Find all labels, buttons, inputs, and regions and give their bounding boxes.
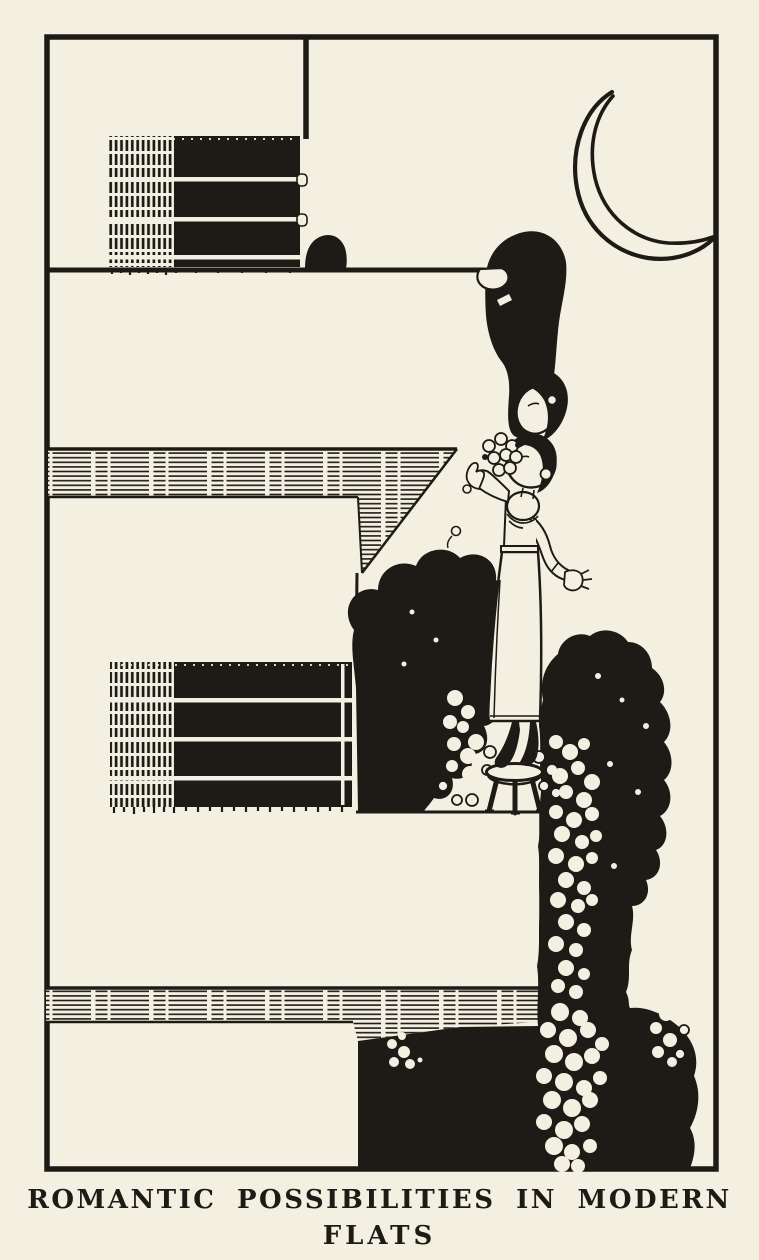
man-hand-on-parapet xyxy=(477,268,508,290)
woman-ear-curl xyxy=(541,469,552,480)
man-ear xyxy=(548,396,557,405)
illustration xyxy=(0,0,759,1260)
awning-weave-stripes xyxy=(108,136,174,267)
woman-belt xyxy=(501,546,538,552)
caption-line-1: ROMANTIC POSSIBILITIES IN MODERN xyxy=(0,1182,759,1218)
woman-open-hand xyxy=(564,570,583,590)
lower-awning xyxy=(106,662,356,814)
upper-awning xyxy=(104,136,307,275)
woman-puff-sleeve xyxy=(507,492,539,520)
illustration-page: ROMANTIC POSSIBILITIES IN MODERN FLATS xyxy=(0,0,759,1260)
awning-edge-slit xyxy=(341,664,345,805)
stool-seat xyxy=(487,764,543,781)
illustration-plate: ROMANTIC POSSIBILITIES IN MODERN FLATS xyxy=(0,0,759,1260)
plate-caption: ROMANTIC POSSIBILITIES IN MODERN FLATS xyxy=(0,1182,759,1254)
caption-line-2: FLATS xyxy=(0,1218,759,1254)
awning-weave-stripes xyxy=(110,662,174,807)
